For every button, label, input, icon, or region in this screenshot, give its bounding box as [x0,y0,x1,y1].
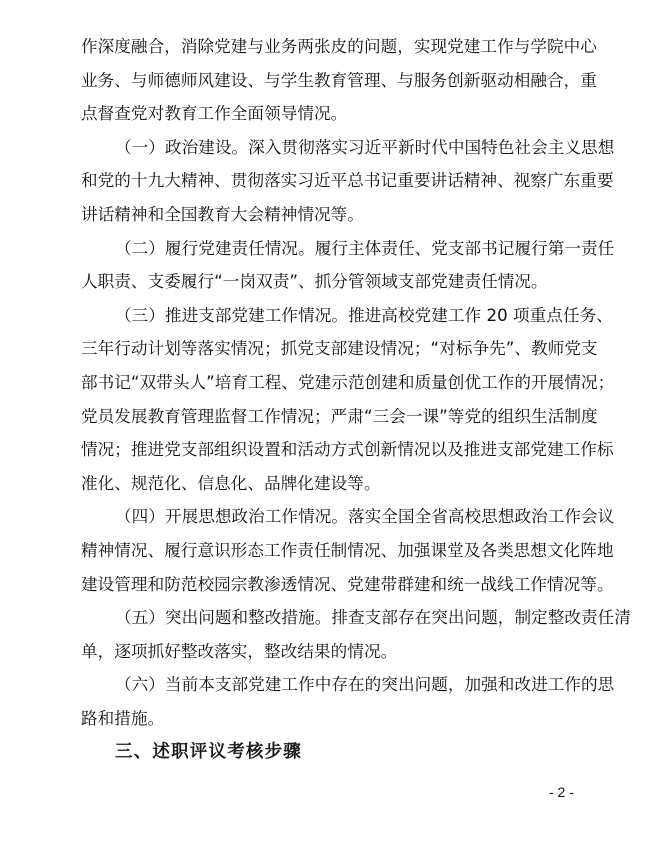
text-line: 点督查党对教育工作全面领导情况。 [81,97,568,131]
text-line: （三）推进支部党建工作情况。推进高校党建工作 20 项重点任务、 [81,299,568,333]
text-line: （五）突出问题和整改措施。排查支部存在突出问题，制定整改责任清 [81,601,568,635]
text-line: （四）开展思想政治工作情况。落实全国全省高校思想政治工作会议 [81,500,568,534]
text-line: 准化、规范化、信息化、品牌化建设等。 [81,467,568,501]
text-line: 情况；推进党支部组织设置和活动方式创新情况以及推进支部党建工作标 [81,433,568,467]
document-body: 作深度融合，消除党建与业务两张皮的问题，实现党建工作与学院中心 业务、与师德师风… [81,30,568,769]
text-line: 党员发展教育管理监督工作情况；严肃“三会一课”等党的组织生活制度 [81,400,568,434]
text-line: 和党的十九大精神、贯彻落实习近平总书记重要讲话精神、视察广东重要 [81,164,568,198]
section-branch-party-work: （三）推进支部党建工作情况。推进高校党建工作 20 项重点任务、 三年行动计划等… [81,299,568,501]
section-heading: 三、述职评议考核步骤 [81,735,568,769]
intro-paragraph: 作深度融合，消除党建与业务两张皮的问题，实现党建工作与学院中心 业务、与师德师风… [81,30,568,131]
section-current-issues: （六）当前本支部党建工作中存在的突出问题，加强和改进工作的思 路和措施。 [81,668,568,735]
text-line: （六）当前本支部党建工作中存在的突出问题，加强和改进工作的思 [81,668,568,702]
text-line: 部书记“双带头人”培育工程、党建示范创建和质量创优工作的开展情况； [81,366,568,400]
section-problems-rectification: （五）突出问题和整改措施。排查支部存在突出问题，制定整改责任清 单，逐项抓好整改… [81,601,568,668]
text-line: 精神情况、履行意识形态工作责任制情况、加强课堂及各类思想文化阵地 [81,534,568,568]
text-line: 业务、与师德师风建设、与学生教育管理、与服务创新驱动相融合，重 [81,64,568,98]
page-number: - 2 - [549,784,574,800]
text-line: （一）政治建设。深入贯彻落实习近平新时代中国特色社会主义思想 [81,131,568,165]
text-line: 路和措施。 [81,702,568,736]
document-page: 作深度融合，消除党建与业务两张皮的问题，实现党建工作与学院中心 业务、与师德师风… [0,0,655,850]
text-line: （二）履行党建责任情况。履行主体责任、党支部书记履行第一责任 [81,232,568,266]
text-line: 建设管理和防范校园宗教渗透情况、党建带群建和统一战线工作情况等。 [81,568,568,602]
text-line: 单，逐项抓好整改落实，整改结果的情况。 [81,635,568,669]
text-line: 作深度融合，消除党建与业务两张皮的问题，实现党建工作与学院中心 [81,30,568,64]
text-line: 讲话精神和全国教育大会精神情况等。 [81,198,568,232]
section-ideological-work: （四）开展思想政治工作情况。落实全国全省高校思想政治工作会议 精神情况、履行意识… [81,500,568,601]
section-party-responsibility: （二）履行党建责任情况。履行主体责任、党支部书记履行第一责任 人职责、支委履行“… [81,232,568,299]
section-political-construction: （一）政治建设。深入贯彻落实习近平新时代中国特色社会主义思想 和党的十九大精神、… [81,131,568,232]
text-line: 人职责、支委履行“一岗双责”、抓分管领域支部党建责任情况。 [81,265,568,299]
text-line: 三年行动计划等落实情况；抓党支部建设情况；“对标争先”、教师党支 [81,332,568,366]
